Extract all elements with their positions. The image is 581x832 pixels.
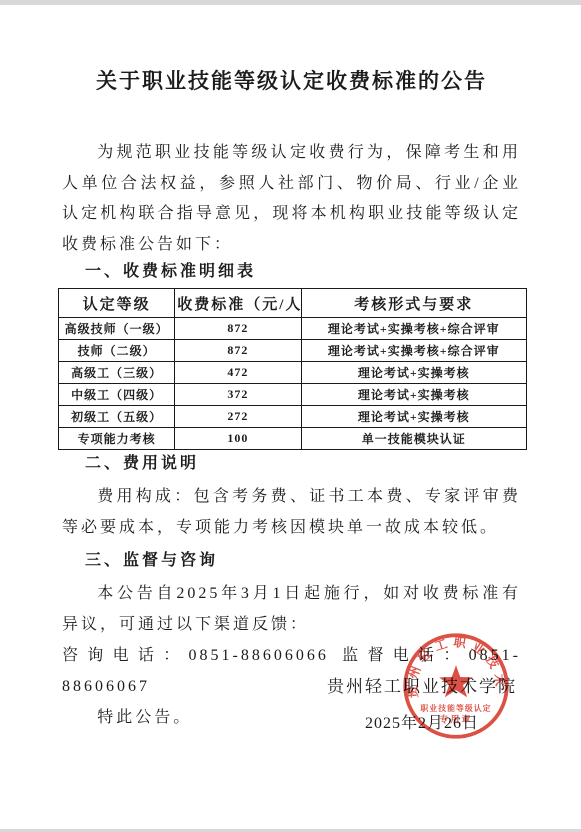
section-3-heading: 三、监督与咨询 [62,550,521,571]
fee-table-cell: 理论考试+实操考核 [301,362,527,384]
official-seal: 贵州轻工职业技术学院 职业技能等级认定 专用章 [399,629,513,743]
fee-table-cell: 872 [175,318,301,340]
seal-star-icon [439,665,473,697]
fee-table-row: 高级技师（一级）872理论考试+实操考核+综合评审 [59,318,527,340]
page-top-edge [0,0,581,5]
fee-table-row: 高级工（三级）472理论考试+实操考核 [59,362,527,384]
fee-table-cell: 技师（二级） [59,340,175,362]
fee-table-cell: 100 [175,428,301,450]
fee-table-cell: 理论考试+实操考核 [301,384,527,406]
fee-table-header-cell: 收费标准（元/人） [175,289,301,318]
seal-bottom-text: 专用章 [440,713,473,724]
fee-table-cell: 初级工（五级） [59,406,175,428]
fee-table-cell: 472 [175,362,301,384]
fee-table-header-cell: 考核形式与要求 [301,289,527,318]
page-title: 关于职业技能等级认定收费标准的公告 [62,66,521,96]
fee-table-cell: 372 [175,384,301,406]
fee-table-cell: 272 [175,406,301,428]
fee-table-row: 初级工（五级）272理论考试+实操考核 [59,406,527,428]
fee-table-cell: 高级技师（一级） [59,318,175,340]
fee-description-paragraph: 费用构成：包含考务费、证书工本费、专家评审费等必要成本，专项能力考核因模块单一故… [62,481,521,543]
fee-table-cell: 高级工（三级） [59,362,175,384]
fee-table-header-cell: 认定等级 [59,289,175,318]
seal-subtitle-text: 职业技能等级认定 [420,703,491,713]
fee-table-cell: 理论考试+实操考核+综合评审 [301,340,527,362]
fee-table-cell: 理论考试+实操考核 [301,406,527,428]
fee-table-cell: 单一技能模块认证 [301,428,527,450]
fee-table-header-row: 认定等级收费标准（元/人）考核形式与要求 [59,289,527,318]
fee-table-body: 高级技师（一级）872理论考试+实操考核+综合评审技师（二级）872理论考试+实… [59,318,527,450]
fee-table-cell: 872 [175,340,301,362]
announcement-page: 关于职业技能等级认定收费标准的公告 为规范职业技能等级认定收费行为，保障考生和用… [0,0,581,832]
fee-table: 认定等级收费标准（元/人）考核形式与要求 高级技师（一级）872理论考试+实操考… [58,288,527,450]
fee-table-row: 技师（二级）872理论考试+实操考核+综合评审 [59,340,527,362]
fee-table-row: 专项能力考核100单一技能模块认证 [59,428,527,450]
fee-table-cell: 专项能力考核 [59,428,175,450]
intro-paragraph: 为规范职业技能等级认定收费行为，保障考生和用人单位合法权益，参照人社部门、物价局… [62,138,521,260]
fee-table-row: 中级工（四级）372理论考试+实操考核 [59,384,527,406]
section-1-heading: 一、收费标准明细表 [62,261,521,282]
fee-table-cell: 理论考试+实操考核+综合评审 [301,318,527,340]
fee-table-cell: 中级工（四级） [59,384,175,406]
section-2-heading: 二、费用说明 [62,453,521,474]
